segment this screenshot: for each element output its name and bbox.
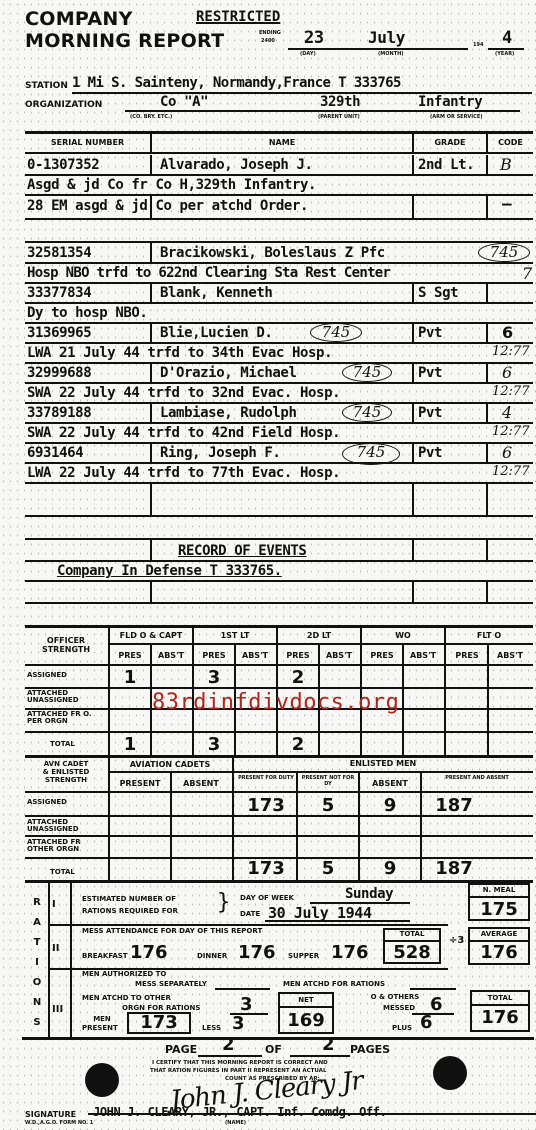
code: 6 xyxy=(502,363,512,382)
assigned-present-not-for-duty: 5 xyxy=(298,797,358,815)
remark-text: LWA 21 July 44 trfd to 34th Evac Hosp. xyxy=(27,345,332,361)
row-label-assigned: ASSIGNED xyxy=(27,672,67,679)
mess-separately-label-1: MEN AUTHORIZED TO xyxy=(82,971,166,978)
form-title-line2: MORNING REPORT xyxy=(25,32,224,51)
code: 6 xyxy=(502,324,513,342)
circled-code: 745 xyxy=(478,243,530,262)
officer-strength-label-2: STRENGTH xyxy=(25,645,107,654)
soldier-name: Lambiase, Rudolph xyxy=(160,405,297,421)
ending-label: ENDING xyxy=(259,30,281,36)
roster-remark: Asgd & jd Co fr Co H,329th Infantry. xyxy=(0,175,536,195)
code: 12:77 xyxy=(492,424,529,439)
less-value: 3 xyxy=(232,1015,245,1033)
form-title-line1: COMPANY xyxy=(25,10,133,29)
col-header-code: CODE xyxy=(488,138,533,147)
sub-abst: ABS'T xyxy=(319,651,359,660)
code: — xyxy=(502,196,511,212)
brace: } xyxy=(217,892,230,914)
col-present-for-duty: PRESENT FOR DUTY xyxy=(236,775,296,781)
code: 12:77 xyxy=(492,464,529,479)
month-caption: (MONTH) xyxy=(378,51,404,57)
sub-pres: PRES xyxy=(194,651,234,660)
group-flt-o: FLT O xyxy=(446,631,532,640)
circled-code: 745 xyxy=(342,363,392,382)
men-present-label-2: PRESENT xyxy=(82,1025,118,1032)
organization-arm: Infantry xyxy=(418,94,482,110)
roster-remark: LWA 22 July 44 trfd to 77th Evac. Hosp. … xyxy=(0,463,536,483)
sub-abst: ABS'T xyxy=(403,651,443,660)
breakfast-value: 176 xyxy=(130,944,168,962)
soldier-name: Blie,Lucien D. xyxy=(160,325,272,341)
estimated-rations-label-2: RATIONS REQUIRED FOR xyxy=(82,908,178,915)
col-header-name: NAME xyxy=(152,138,412,147)
certify-line-1: I CERTIFY THAT THIS MORNING REPORT IS CO… xyxy=(152,1060,328,1066)
aviation-cadets-heading: AVIATION CADETS xyxy=(110,760,230,769)
day-of-week-label: DAY OF WEEK xyxy=(240,895,294,902)
remark-text: LWA 22 July 44 trfd to 77th Evac. Hosp. xyxy=(27,465,340,481)
year-prefix: 194 xyxy=(473,42,483,48)
report-month: July xyxy=(368,30,405,46)
parent-unit-caption: (PARENT UNIT) xyxy=(318,114,360,120)
station-label: STATION xyxy=(25,82,68,91)
rations-total-value: 176 xyxy=(470,1009,530,1027)
total-absent: 9 xyxy=(360,860,420,878)
grade: 2nd Lt. xyxy=(418,157,474,173)
code: 6 xyxy=(502,443,512,462)
roster-blank xyxy=(0,221,536,243)
enl-row-label-attached-fr: ATTACHED FR OTHER ORGN xyxy=(27,839,97,853)
sub-pres: PRES xyxy=(278,651,318,660)
remark-text: Dy to hosp NBO. xyxy=(27,305,147,321)
code: 12:77 xyxy=(492,384,529,399)
station-value: 1 Mi S. Sainteny, Normandy,France T 3337… xyxy=(72,75,401,91)
assigned-present-for-duty: 173 xyxy=(236,797,296,815)
less-label: LESS xyxy=(202,1025,221,1032)
men-atchd-other-value: 3 xyxy=(240,996,253,1014)
organization-parent-unit: 329th xyxy=(320,94,360,110)
sub-abst: ABS'T xyxy=(489,651,531,660)
breakfast-label: BREAKFAST xyxy=(82,953,128,960)
estimated-rations-label-1: ESTIMATED NUMBER OF xyxy=(82,896,176,903)
grade: Pvt xyxy=(418,445,442,461)
roster-entry: 33377834 Blank, Kenneth S Sgt xyxy=(0,283,536,303)
assigned-present-and-absent: 187 xyxy=(424,797,484,815)
grade: Pvt xyxy=(418,325,442,341)
morning-report-page: COMPANY MORNING REPORT RESTRICTED ENDING… xyxy=(0,0,536,1130)
total-present-and-absent: 187 xyxy=(424,860,484,878)
serial-number: 31369965 xyxy=(27,325,91,341)
enl-row-label-total: TOTAL xyxy=(50,869,75,876)
serial-number: 33789188 xyxy=(27,405,91,421)
meal-box-label: N. MEAL xyxy=(468,887,530,894)
page-number: 2 xyxy=(222,1036,235,1054)
average-box-value: 176 xyxy=(468,944,530,962)
col-present: PRESENT xyxy=(110,779,170,788)
total-box-value: 528 xyxy=(383,944,441,962)
code: B xyxy=(500,155,512,174)
others-messed-label-1: O & OTHERS xyxy=(370,994,420,1001)
day-caption: (DAY) xyxy=(300,51,316,57)
grade: Pvt xyxy=(418,365,442,381)
assigned-1st-lt-pres: 3 xyxy=(194,669,234,687)
soldier-name: Blank, Kenneth xyxy=(160,285,272,301)
classification-stamp: RESTRICTED xyxy=(196,9,280,25)
company-caption: (CO. BRY. ETC.) xyxy=(130,114,172,120)
col-present-and-absent: PRESENT AND ABSENT xyxy=(422,775,532,781)
enlisted-label-1: AVN CADET xyxy=(25,761,107,768)
sub-abst: ABS'T xyxy=(151,651,191,660)
record-of-events-text: Company In Defense T 333765. xyxy=(57,563,282,579)
col-absent: ABSENT xyxy=(171,779,231,788)
section-i-numeral: I xyxy=(52,900,56,909)
roster-remark: LWA 21 July 44 trfd to 34th Evac Hosp. 1… xyxy=(0,343,536,363)
organization-label: ORGANIZATION xyxy=(25,101,102,110)
rations-side-label: R A T I O N S xyxy=(32,893,42,1033)
year-caption: (YEAR) xyxy=(495,51,514,57)
net-box-value: 169 xyxy=(278,1012,334,1030)
code: 4 xyxy=(502,403,512,422)
men-atchd-for-rations-label: MEN ATCHD FOR RATIONS xyxy=(283,981,385,988)
code: 7 xyxy=(522,264,532,283)
total-fld-o-capt-pres: 1 xyxy=(110,736,150,754)
section-ii-numeral: II xyxy=(52,944,59,953)
plus-value: 6 xyxy=(420,1014,433,1032)
total-box-label: TOTAL xyxy=(383,931,441,938)
circled-code: 745 xyxy=(342,403,392,422)
circled-code: 745 xyxy=(310,323,362,342)
men-present-value: 173 xyxy=(127,1014,191,1032)
remark-text: SWA 22 July 44 trfd to 42nd Field Hosp. xyxy=(27,425,340,441)
day-of-week-value: Sunday xyxy=(345,886,393,902)
watermark: 83rdinfdivdocs.org xyxy=(152,690,399,715)
date-value: 30 July 1944 xyxy=(268,905,372,921)
rations-total-label: TOTAL xyxy=(470,995,530,1002)
roster-remark: Hosp NBO trfd to 622nd Clearing Sta Rest… xyxy=(0,263,536,283)
signature-label: SIGNATURE xyxy=(25,1110,76,1119)
record-of-events-heading: RECORD OF EVENTS xyxy=(178,543,306,559)
row-label-attached-unassigned: ATTACHED UNASSIGNED xyxy=(27,690,97,704)
page-label: PAGE xyxy=(165,1045,197,1054)
officer-strength-label-1: OFFICER xyxy=(25,636,107,645)
roster-entry: 32581354 Bracikowski, Boleslaus Z Pfc 74… xyxy=(0,243,536,263)
men-atchd-other-label-1: MEN ATCHD TO OTHER xyxy=(82,995,171,1002)
roster-remark: Dy to hosp NBO. xyxy=(0,303,536,323)
col-header-grade: GRADE xyxy=(414,138,486,147)
total-present-not-for-duty: 5 xyxy=(298,860,358,878)
roster-entry: 31369965 Blie,Lucien D. 745 Pvt 6 xyxy=(0,323,536,343)
roster-remark: SWA 22 July 44 trfd to 42nd Field Hosp. … xyxy=(0,423,536,443)
enl-row-label-assigned: ASSIGNED xyxy=(27,799,67,806)
soldier-name: Alvarado, Joseph J. xyxy=(160,157,313,173)
men-present-label-1: MEN xyxy=(82,1016,122,1023)
arm-caption: (ARM OR SERVICE) xyxy=(430,114,483,120)
report-year: 4 xyxy=(502,30,512,46)
total-present-for-duty: 173 xyxy=(236,860,296,878)
roster-remark: SWA 22 July 44 trfd to 32nd Evac. Hosp. … xyxy=(0,383,536,403)
row-label-total: TOTAL xyxy=(50,741,75,748)
signature-caption: (NAME) xyxy=(225,1120,246,1126)
pages-label: PAGES xyxy=(350,1045,390,1054)
enlisted-label-3: STRENGTH xyxy=(25,777,107,784)
mess-attendance-label: MESS ATTENDANCE FOR DAY OF THIS REPORT xyxy=(82,928,262,935)
enl-row-label-attached-unassigned: ATTACHED UNASSIGNED xyxy=(27,819,97,833)
of-label: OF xyxy=(265,1045,282,1054)
soldier-name: D'Orazio, Michael xyxy=(160,365,297,381)
sub-pres: PRES xyxy=(362,651,402,660)
group-wo: WO xyxy=(362,631,444,640)
assigned-2d-lt-pres: 2 xyxy=(278,669,318,687)
dinner-value: 176 xyxy=(238,944,276,962)
serial-number: 32999688 xyxy=(27,365,91,381)
roster-entry: 32999688 D'Orazio, Michael 745 Pvt 6 xyxy=(0,363,536,383)
soldier-name: Bracikowski, Boleslaus Z Pfc xyxy=(160,245,385,261)
soldier-name: Ring, Joseph F. xyxy=(160,445,280,461)
organization-company: Co "A" xyxy=(160,94,208,110)
total-2d-lt-pres: 2 xyxy=(278,736,318,754)
code: 12:77 xyxy=(492,344,529,359)
sub-abst: ABS'T xyxy=(235,651,275,660)
divide-by-three: ÷3 xyxy=(449,935,461,947)
remark-text: SWA 22 July 44 trfd to 32nd Evac. Hosp. xyxy=(27,385,340,401)
punch-hole-left xyxy=(85,1063,119,1097)
meal-box-value: 175 xyxy=(468,901,530,919)
men-atchd-other-label-2: ORGN FOR RATIONS xyxy=(122,1005,200,1012)
group-1st-lt: 1ST LT xyxy=(194,631,276,640)
col-present-not-for-duty: PRESENT NOT FOR DY xyxy=(298,775,358,787)
average-box-label: AVERAGE xyxy=(468,931,530,938)
total-1st-lt-pres: 3 xyxy=(194,736,234,754)
assigned-absent: 9 xyxy=(360,797,420,815)
assigned-fld-o-capt-pres: 1 xyxy=(110,669,150,687)
group-fld-o-capt: FLD O & CAPT xyxy=(110,631,192,640)
section-iii-numeral: III xyxy=(52,1005,63,1014)
sub-pres: PRES xyxy=(110,651,150,660)
grade: Pvt xyxy=(418,405,442,421)
report-day: 23 xyxy=(304,30,324,46)
ending-time: 2400 xyxy=(261,38,275,44)
form-number: W.D.,A.G.O. FORM NO. 1 xyxy=(25,1120,93,1126)
date-label: DATE xyxy=(240,911,260,918)
mess-separately-label-2: MESS SEPARATELY xyxy=(135,981,207,988)
total-pages: 2 xyxy=(322,1036,335,1054)
grade: S Sgt xyxy=(418,285,458,301)
enlisted-men-heading: ENLISTED MEN xyxy=(234,759,532,768)
serial-number: 33377834 xyxy=(27,285,91,301)
group-2d-lt: 2D LT xyxy=(278,631,360,640)
signature-typed: JOHN J. CLEARY, JR., CAPT. Inf. Comdg. O… xyxy=(93,1104,386,1120)
supper-value: 176 xyxy=(331,944,369,962)
roster-entry: 6931464 Ring, Joseph F. 745 Pvt 6 xyxy=(0,443,536,463)
roster-remark: 28 EM asgd & jd Co per atchd Order. — xyxy=(0,195,536,221)
remark-text: Asgd & jd Co fr Co H,329th Infantry. xyxy=(27,177,316,193)
roster-entry: 33789188 Lambiase, Rudolph 745 Pvt 4 xyxy=(0,403,536,423)
col-header-serial: SERIAL NUMBER xyxy=(25,138,150,147)
dinner-label: DINNER xyxy=(197,953,227,960)
plus-label: PLUS xyxy=(392,1025,412,1032)
row-label-attached-fr: ATTACHED FR O. PER ORGN xyxy=(27,711,97,725)
serial-number: 6931464 xyxy=(27,445,83,461)
others-messed-label-2: MESSED xyxy=(383,1005,415,1012)
punch-hole-right xyxy=(433,1056,467,1090)
sub-pres: PRES xyxy=(446,651,488,660)
col-enlisted-absent: ABSENT xyxy=(360,779,420,788)
supper-label: SUPPER xyxy=(288,953,319,960)
net-box-label: NET xyxy=(278,997,334,1004)
remark-text: 28 EM asgd & jd Co per atchd Order. xyxy=(27,198,308,214)
enlisted-label-2: & ENLISTED xyxy=(25,769,107,776)
serial-number: 0-1307352 xyxy=(27,157,99,173)
serial-number: 32581354 xyxy=(27,245,91,261)
remark-text: Hosp NBO trfd to 622nd Clearing Sta Rest… xyxy=(27,265,390,281)
roster-entry: 0-1307352 Alvarado, Joseph J. 2nd Lt. B xyxy=(0,155,536,175)
